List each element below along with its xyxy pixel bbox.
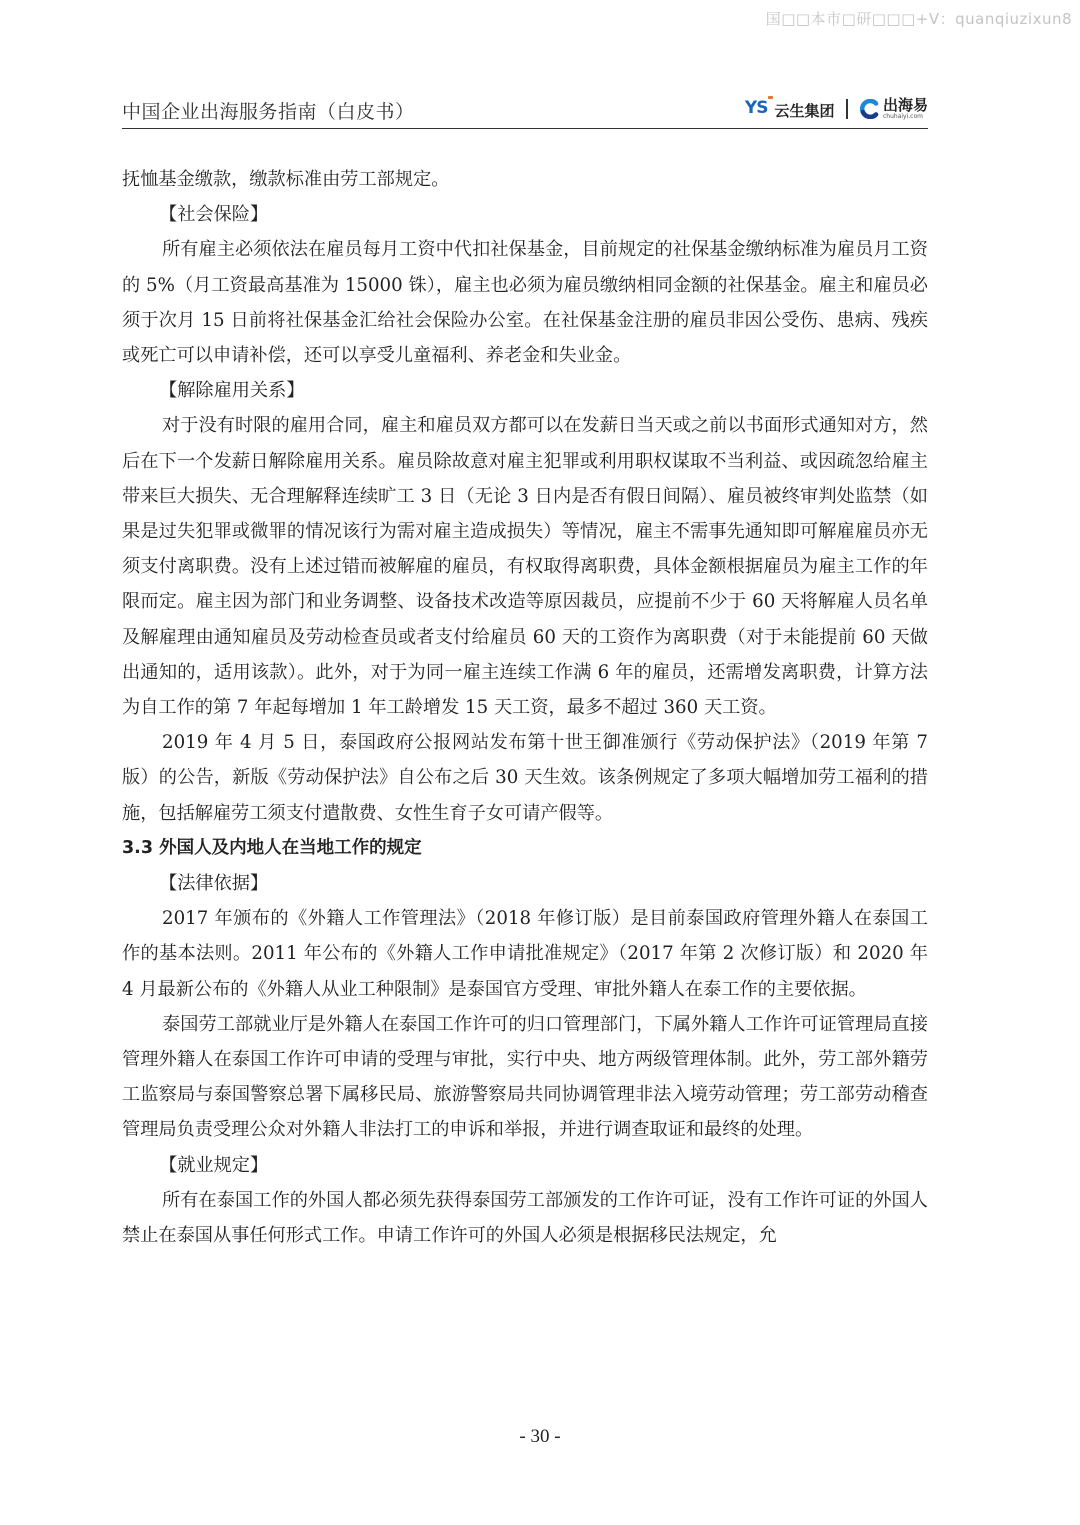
paragraph-termination: 对于没有时限的雇用合同，雇主和雇员双方都可以在发薪日当天或之前以书面形式通知对方… xyxy=(122,408,928,725)
continuation-text: 抚恤基金缴款，缴款标准由劳工部规定。 xyxy=(122,162,928,197)
subheading-employment-rules: 【就业规定】 xyxy=(122,1148,928,1183)
watermark-text: 国□□本市□研□□□+V：quanqiuzixun8 xyxy=(766,8,1072,29)
paragraph-employment-rules: 所有在泰国工作的外国人都必须先获得泰国劳工部颁发的工作许可证，没有工作许可证的外… xyxy=(122,1183,928,1253)
header-logos: YS 云生集团 出海易 chuhaiyi.com xyxy=(745,94,928,124)
subheading-legal-basis: 【法律依据】 xyxy=(122,866,928,901)
document-body: 抚恤基金缴款，缴款标准由劳工部规定。 【社会保险】 所有雇主必须依法在雇员每月工… xyxy=(122,162,928,1253)
chuhaiyi-name: 出海易 xyxy=(883,98,928,113)
logo-divider xyxy=(846,99,848,119)
ys-mark-icon: YS xyxy=(745,98,768,118)
ys-group-logo: YS 云生集团 xyxy=(745,98,835,121)
chuhaiyi-c-icon xyxy=(860,99,880,119)
section-heading-3-3: 3.3 外国人及内地人在当地工作的规定 xyxy=(122,831,928,866)
subheading-termination: 【解除雇用关系】 xyxy=(122,373,928,408)
page-header: 中国企业出海服务指南（白皮书） YS 云生集团 出海易 chuhaiyi.com xyxy=(122,92,928,129)
ys-group-name: 云生集团 xyxy=(774,100,834,121)
page-number: - 30 - xyxy=(0,1426,1080,1448)
chuhaiyi-url: chuhaiyi.com xyxy=(883,114,928,120)
chuhaiyi-logo: 出海易 chuhaiyi.com xyxy=(860,98,928,120)
paragraph-social-insurance: 所有雇主必须依法在雇员每月工资中代扣社保基金，目前规定的社保基金缴纳标准为雇员月… xyxy=(122,232,928,373)
subheading-social-insurance: 【社会保险】 xyxy=(122,197,928,232)
document-title: 中国企业出海服务指南（白皮书） xyxy=(122,97,415,124)
paragraph-legal-basis: 2017 年颁布的《外籍人工作管理法》（2018 年修订版）是目前泰国政府管理外… xyxy=(122,901,928,1007)
paragraph-labor-protection-act: 2019 年 4 月 5 日，泰国政府公报网站发布第十世王御准颁行《劳动保护法》… xyxy=(122,725,928,831)
paragraph-authorities: 泰国劳工部就业厅是外籍人在泰国工作许可的归口管理部门，下属外籍人工作许可证管理局… xyxy=(122,1007,928,1148)
